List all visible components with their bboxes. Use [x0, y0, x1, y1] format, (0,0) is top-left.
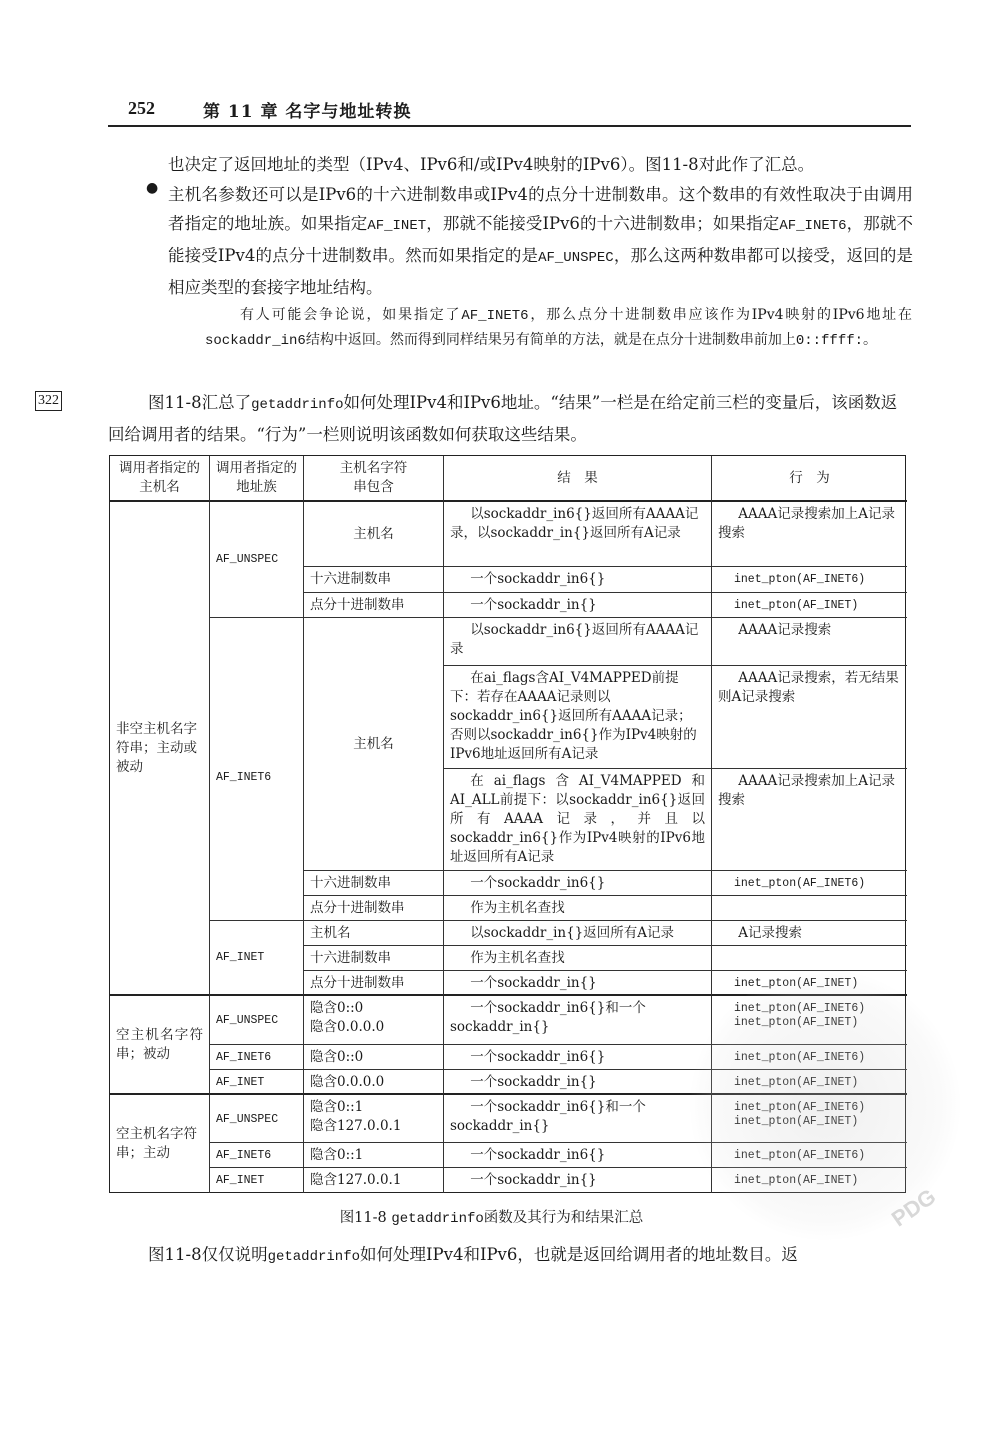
- family-af-inet6: AF_INET6: [210, 618, 304, 921]
- note-paragraph: 有人可能会争论说，如果指定了AF_INET6，那么点分十进制数串应该作为IPv4…: [205, 303, 912, 353]
- result-cell: 一个sockaddr_in6{}: [444, 567, 712, 593]
- margin-page-ref: 322: [35, 391, 62, 411]
- result-cell: 作为主机名查找: [444, 896, 712, 921]
- result-cell: 以sockaddr_in{}返回所有A记录: [444, 921, 712, 946]
- action-cell: A记录搜索: [712, 921, 907, 946]
- action-cell: AAAA记录搜索: [712, 618, 907, 666]
- contains-cell: 十六进制数串: [304, 871, 444, 896]
- result-cell: 一个sockaddr_in{}: [444, 971, 712, 996]
- result-cell: 一个sockaddr_in{}: [444, 593, 712, 618]
- result-cell: 一个sockaddr_in6{}和一个sockaddr_in{}: [444, 1095, 712, 1143]
- contains-cell: 十六进制数串: [304, 946, 444, 971]
- paragraph-2: 主机名参数还可以是IPv6的十六进制数串或IPv4的点分十进制数串。这个数串的有…: [168, 180, 913, 302]
- group-empty-active: 空主机名字符串；主动: [110, 1095, 210, 1193]
- paragraph-4: 图11-8仅仅说明getaddrinfo如何处理IPv4和IPv6，也就是返回给…: [148, 1240, 913, 1272]
- header-action: 行 为: [712, 456, 907, 502]
- family-af-inet6: AF_INET6: [210, 1045, 304, 1070]
- header-rule: [108, 125, 911, 127]
- contains-cell: 主机名: [304, 921, 444, 946]
- paragraph-3: 图11-8汇总了getaddrinfo如何处理IPv4和IPv6地址。“结果”一…: [108, 388, 913, 449]
- contains-cell: 隐含127.0.0.1: [304, 1168, 444, 1193]
- contains-cell: 隐含0::0: [304, 1045, 444, 1070]
- contains-cell: 点分十进制数串: [304, 971, 444, 996]
- result-cell: 在ai_flags含AI_V4MAPPED前提下：若存在AAAA记录则以sock…: [444, 666, 712, 769]
- result-cell: 以sockaddr_in6{}返回所有AAAA记录: [444, 618, 712, 666]
- group-empty-passive: 空主机名字符串；被动: [110, 996, 210, 1095]
- action-cell: inet_pton(AF_INET): [712, 593, 907, 618]
- family-af-unspec: AF_UNSPEC: [210, 1095, 304, 1143]
- result-cell: 一个sockaddr_in{}: [444, 1168, 712, 1193]
- group-nonempty-hostname: 非空主机名字符串；主动或被动: [110, 502, 210, 996]
- contains-cell: 点分十进制数串: [304, 593, 444, 618]
- family-af-inet: AF_INET: [210, 921, 304, 996]
- result-cell: 一个sockaddr_in6{}和一个sockaddr_in{}: [444, 996, 712, 1045]
- action-cell: inet_pton(AF_INET6): [712, 567, 907, 593]
- result-cell: 一个sockaddr_in{}: [444, 1070, 712, 1095]
- paragraph-1: 也决定了返回地址的类型（IPv4、IPv6和/或IPv4映射的IPv6）。图11…: [168, 150, 913, 179]
- result-cell: 一个sockaddr_in6{}: [444, 1045, 712, 1070]
- action-cell: AAAA记录搜索加上A记录搜索: [712, 502, 907, 567]
- chapter-title: 第 11 章 名字与地址转换: [203, 97, 411, 122]
- result-cell: 作为主机名查找: [444, 946, 712, 971]
- contains-cell: 主机名: [304, 502, 444, 567]
- contains-cell: 点分十进制数串: [304, 896, 444, 921]
- header-hostname: 调用者指定的主机名: [110, 456, 210, 502]
- bullet-icon: ●: [146, 180, 158, 196]
- contains-cell: 隐含0::1 隐含127.0.0.1: [304, 1095, 444, 1143]
- header-contains: 主机名字符串包含: [304, 456, 444, 502]
- action-cell: [712, 896, 907, 921]
- result-cell: 在ai_flags含AI_V4MAPPED和AI_ALL前提下：以sockadd…: [444, 769, 712, 871]
- family-af-inet6: AF_INET6: [210, 1143, 304, 1168]
- action-cell: inet_pton(AF_INET6): [712, 871, 907, 896]
- contains-cell: 十六进制数串: [304, 567, 444, 593]
- header-family: 调用者指定的地址族: [210, 456, 304, 502]
- result-cell: 一个sockaddr_in6{}: [444, 1143, 712, 1168]
- action-cell: AAAA记录搜索，若无结果则A记录搜索: [712, 666, 907, 769]
- contains-cell: 隐含0::0 隐含0.0.0.0: [304, 996, 444, 1045]
- header-result: 结 果: [444, 456, 712, 502]
- family-af-unspec: AF_UNSPEC: [210, 502, 304, 618]
- result-cell: 一个sockaddr_in6{}: [444, 871, 712, 896]
- family-af-unspec: AF_UNSPEC: [210, 996, 304, 1045]
- contains-cell: 主机名: [304, 618, 444, 871]
- result-cell: 以sockaddr_in6{}返回所有AAAA记录，以sockaddr_in{}…: [444, 502, 712, 567]
- action-cell: [712, 946, 907, 971]
- figure-caption: 图11-8 getaddrinfo函数及其行为和结果汇总: [0, 1206, 983, 1227]
- family-af-inet: AF_INET: [210, 1070, 304, 1095]
- contains-cell: 隐含0::1: [304, 1143, 444, 1168]
- family-af-inet: AF_INET: [210, 1168, 304, 1193]
- contains-cell: 隐含0.0.0.0: [304, 1070, 444, 1095]
- page-number: 252: [128, 98, 155, 119]
- action-cell: AAAA记录搜索加上A记录搜索: [712, 769, 907, 871]
